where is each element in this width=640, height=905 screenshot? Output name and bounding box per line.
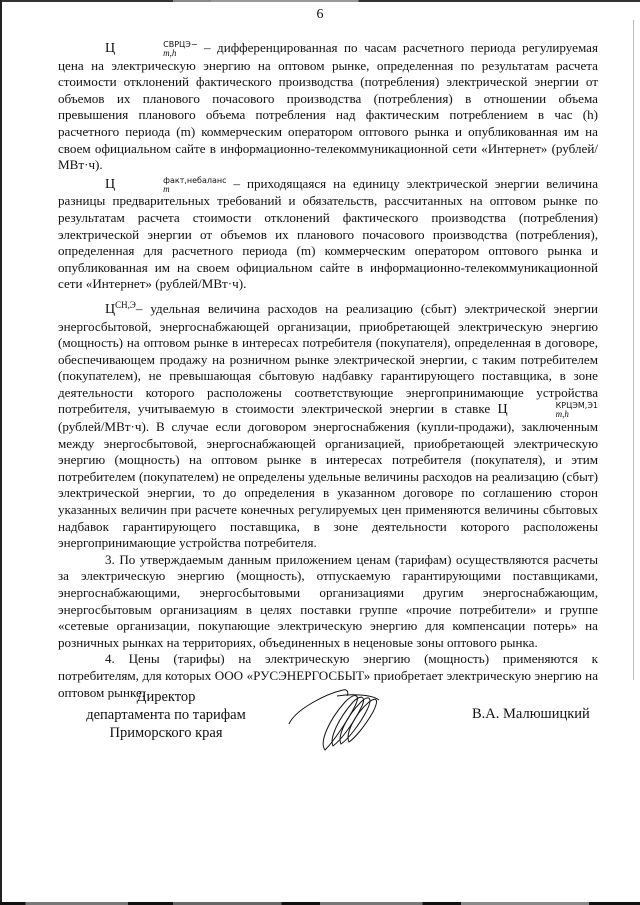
formula-symbol: ЦСН,Э [105, 302, 136, 317]
formula-symbol: Цфакт,небалансm [105, 177, 227, 192]
definition-text: – дифференцированная по часам расчетного… [58, 40, 598, 172]
symbol-letter: Ц [105, 41, 115, 56]
symbol-letter: Ц [105, 302, 115, 317]
definition-text: – приходящаяся на единицу электрической … [58, 176, 598, 292]
scan-border-top [0, 0, 640, 2]
formula-indices: СВРЦЭ−m,h [116, 41, 197, 57]
formula-indices: КРЦЭМ,Э1m,h [509, 402, 598, 418]
definition-text-before: – удельная величина расходов на реализац… [58, 301, 598, 417]
symbol-letter: Ц [497, 402, 507, 417]
scan-border-left [0, 0, 2, 905]
formula-superscript: СН,Э [115, 300, 136, 310]
definition-sn-e: ЦСН,Э– удельная величина расходов на реа… [58, 297, 598, 552]
handwritten-signature-icon [285, 680, 385, 760]
formula-subscript: m,h [116, 49, 197, 57]
clause-3: 3. По утверждаемым данным приложением це… [58, 552, 598, 652]
page-number: 6 [0, 7, 640, 23]
document-body: ЦСВРЦЭ−m,h – дифференцированная по часам… [58, 40, 598, 701]
symbol-letter: Ц [105, 177, 115, 192]
definition-svrce: ЦСВРЦЭ−m,h – дифференцированная по часам… [58, 40, 598, 174]
formula-indices: факт,небалансm [116, 177, 226, 193]
signatory-title: Директор департамента по тарифам Приморс… [76, 688, 256, 742]
formula-superscript: СВРЦЭ− [116, 41, 197, 49]
signatory-title-line-2: департамента по тарифам [76, 706, 256, 724]
formula-superscript: факт,небаланс [116, 177, 226, 185]
signatory-name: В.А. Малюшицкий [472, 706, 590, 723]
formula-subscript: m [116, 185, 226, 193]
inline-formula-symbol: ЦКРЦЭМ,Э1m,h [497, 402, 598, 417]
definition-fakt-nebalans: Цфакт,небалансm – приходящаяся на единиц… [58, 176, 598, 293]
signature-block: Директор департамента по тарифам Приморс… [60, 688, 620, 768]
formula-symbol: ЦСВРЦЭ−m,h [105, 41, 198, 56]
scan-border-right [633, 20, 634, 680]
signatory-title-line-3: Приморского края [76, 724, 256, 742]
signatory-title-line-1: Директор [76, 688, 256, 706]
definition-text-after: (рублей/МВт·ч). В случае если договором … [58, 419, 598, 550]
formula-superscript: КРЦЭМ,Э1 [509, 402, 598, 410]
formula-subscript: m,h [509, 410, 598, 418]
